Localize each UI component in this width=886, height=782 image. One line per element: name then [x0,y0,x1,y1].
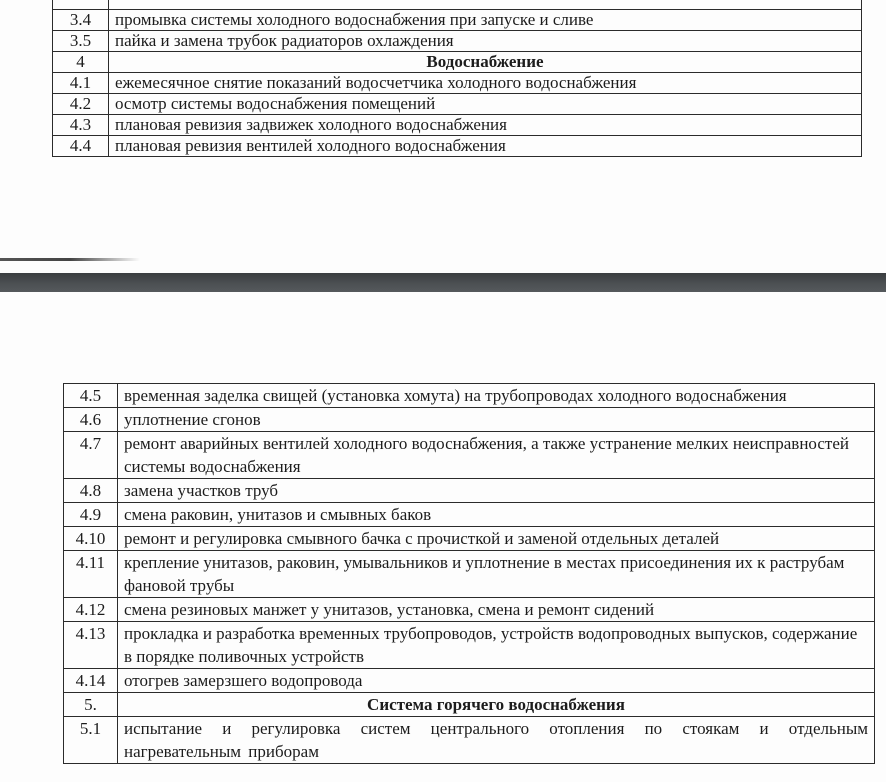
document-page-top: ...системы воздухосборных камер 3.4 пром… [0,0,886,273]
row-number [53,0,109,10]
table-row: 3.5 пайка и замена трубок радиаторов охл… [53,31,862,52]
row-text: пайка и замена трубок радиаторов охлажде… [109,31,862,52]
table-row: 4.14 отогрев замерзшего водопровода [64,669,875,693]
row-text: замена участков труб [118,479,875,503]
table-row: ...системы воздухосборных камер [53,0,862,10]
table-row: 5.1 испытание и регулировка систем центр… [64,717,875,764]
table-row: 4.9 смена раковин, унитазов и смывных ба… [64,503,875,527]
row-number: 4.7 [64,432,118,479]
row-text: плановая ревизия задвижек холодного водо… [109,115,862,136]
section-row: 4 Водоснабжение [53,52,862,73]
row-number: 4.10 [64,527,118,551]
section-title: Система горячего водоснабжения [118,693,875,717]
row-number: 4.8 [64,479,118,503]
section-row: 5. Система горячего водоснабжения [64,693,875,717]
table-row: 4.11 крепление унитазов, раковин, умывал… [64,551,875,598]
section-number: 5. [64,693,118,717]
table-row: 4.4 плановая ревизия вентилей холодного … [53,136,862,157]
page-separator [0,273,886,292]
table-row: 4.2 осмотр системы водоснабжения помещен… [53,94,862,115]
row-number: 4.14 [64,669,118,693]
row-number: 4.3 [53,115,109,136]
row-text: смена раковин, унитазов и смывных баков [118,503,875,527]
row-text: ежемесячное снятие показаний водосчетчик… [109,73,862,94]
row-number: 3.5 [53,31,109,52]
row-text: уплотнение сгонов [118,408,875,432]
table-row: 4.6 уплотнение сгонов [64,408,875,432]
row-text: ремонт аварийных вентилей холодного водо… [118,432,875,479]
row-number: 4.12 [64,598,118,622]
row-text: прокладка и разработка временных трубопр… [118,622,875,669]
row-text: смена резиновых манжет у унитазов, устан… [118,598,875,622]
row-number: 4.9 [64,503,118,527]
row-number: 3.4 [53,10,109,31]
row-text: крепление унитазов, раковин, умывальнико… [118,551,875,598]
row-number: 4.5 [64,384,118,408]
table-row: 4.12 смена резиновых манжет у унитазов, … [64,598,875,622]
row-text: временная заделка свищей (установка хому… [118,384,875,408]
row-number: 4.13 [64,622,118,669]
page-edge-shadow [0,258,140,261]
section-title: Водоснабжение [109,52,862,73]
table-row: 4.1 ежемесячное снятие показаний водосче… [53,73,862,94]
section-number: 4 [53,52,109,73]
row-number: 4.1 [53,73,109,94]
works-table-bottom: 4.5 временная заделка свищей (установка … [63,383,875,764]
row-text: осмотр системы водоснабжения помещений [109,94,862,115]
row-text: ...системы воздухосборных камер [109,0,862,10]
row-number: 4.2 [53,94,109,115]
row-text: промывка системы холодного водоснабжения… [109,10,862,31]
table-row: 4.7 ремонт аварийных вентилей холодного … [64,432,875,479]
row-number: 4.6 [64,408,118,432]
works-table-top: ...системы воздухосборных камер 3.4 пром… [52,0,862,157]
row-number: 5.1 [64,717,118,764]
row-number: 4.11 [64,551,118,598]
row-text: отогрев замерзшего водопровода [118,669,875,693]
row-number: 4.4 [53,136,109,157]
table-row: 4.8 замена участков труб [64,479,875,503]
row-text: испытание и регулировка систем центральн… [118,717,875,764]
table-row: 4.3 плановая ревизия задвижек холодного … [53,115,862,136]
table-row: 3.4 промывка системы холодного водоснабж… [53,10,862,31]
row-text: плановая ревизия вентилей холодного водо… [109,136,862,157]
row-text: ремонт и регулировка смывного бачка с пр… [118,527,875,551]
table-row: 4.5 временная заделка свищей (установка … [64,384,875,408]
table-row: 4.10 ремонт и регулировка смывного бачка… [64,527,875,551]
table-row: 4.13 прокладка и разработка временных тр… [64,622,875,669]
